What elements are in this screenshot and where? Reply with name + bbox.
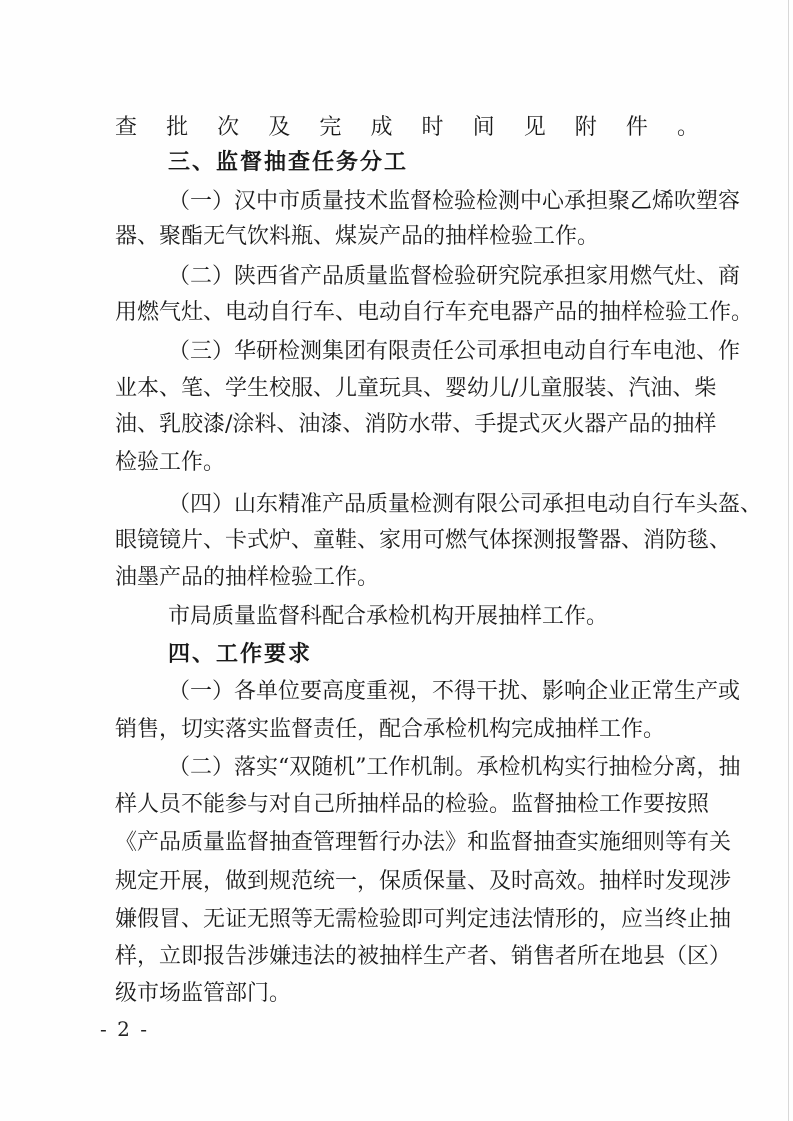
paragraph-line: 眼镜镜片、卡式炉、童鞋、家用可燃气体探测报警器、消防毯、 xyxy=(115,526,699,556)
paragraph-line: 油墨产品的抽样检验工作。 xyxy=(115,563,699,593)
page-number: - 2 - xyxy=(100,1016,149,1042)
scan-edge-line xyxy=(788,0,789,1121)
document-page: 查批次及完成时间见附件。 三、监督抽查任务分工 （一）汉中市质量技术监督检验检测… xyxy=(0,0,793,1121)
paragraph-line: 《产品质量监督抽查管理暂行办法》和监督抽查实施细则等有关 xyxy=(115,828,699,858)
paragraph-line: （一）各单位要高度重视，不得干扰、影响企业正常生产或 xyxy=(168,677,699,707)
paragraph-line: 器、聚酯无气饮料瓶、煤炭产品的抽样检验工作。 xyxy=(115,222,699,252)
paragraph-line: 规定开展，做到规范统一，保质保量、及时高效。抽样时发现涉 xyxy=(115,867,699,897)
paragraph-line: （三）华研检测集团有限责任公司承担电动自行车电池、作 xyxy=(168,337,699,367)
paragraph-line: 销售，切实落实监督责任，配合承检机构完成抽样工作。 xyxy=(115,715,699,745)
paragraph-line: 市局质量监督科配合承检机构开展抽样工作。 xyxy=(168,602,699,632)
paragraph-line: 样，立即报告涉嫌违法的被抽样生产者、销售者所在地县（区） xyxy=(115,942,699,972)
paragraph-line: 级市场监管部门。 xyxy=(115,979,699,1009)
paragraph-line: 用燃气灶、电动自行车、电动自行车充电器产品的抽样检验工作。 xyxy=(115,298,699,328)
paragraph-line: 油、乳胶漆/涂料、油漆、消防水带、手提式灭火器产品的抽样 xyxy=(115,410,699,440)
paragraph-line: 嫌假冒、无证无照等无需检验即可判定违法情形的，应当终止抽 xyxy=(115,905,699,935)
paragraph-line: 检验工作。 xyxy=(115,448,699,478)
section-heading-3: 三、监督抽查任务分工 xyxy=(168,148,699,178)
paragraph-line: （二）落实“双随机”工作机制。承检机构实行抽检分离，抽 xyxy=(168,753,699,783)
paragraph-line: 查批次及完成时间见附件。 xyxy=(115,113,699,143)
paragraph-line: （四）山东精准产品质量检测有限公司承担电动自行车头盔、 xyxy=(168,490,699,520)
paragraph-line: 业本、笔、学生校服、儿童玩具、婴幼儿/儿童服装、汽油、柴 xyxy=(115,374,699,404)
paragraph-line: （二）陕西省产品质量监督检验研究院承担家用燃气灶、商 xyxy=(168,262,699,292)
paragraph-line: 样人员不能参与对自己所抽样品的检验。监督抽检工作要按照 xyxy=(115,790,699,820)
section-heading-4: 四、工作要求 xyxy=(168,640,699,670)
paragraph-line: （一）汉中市质量技术监督检验检测中心承担聚乙烯吹塑容 xyxy=(168,187,699,217)
